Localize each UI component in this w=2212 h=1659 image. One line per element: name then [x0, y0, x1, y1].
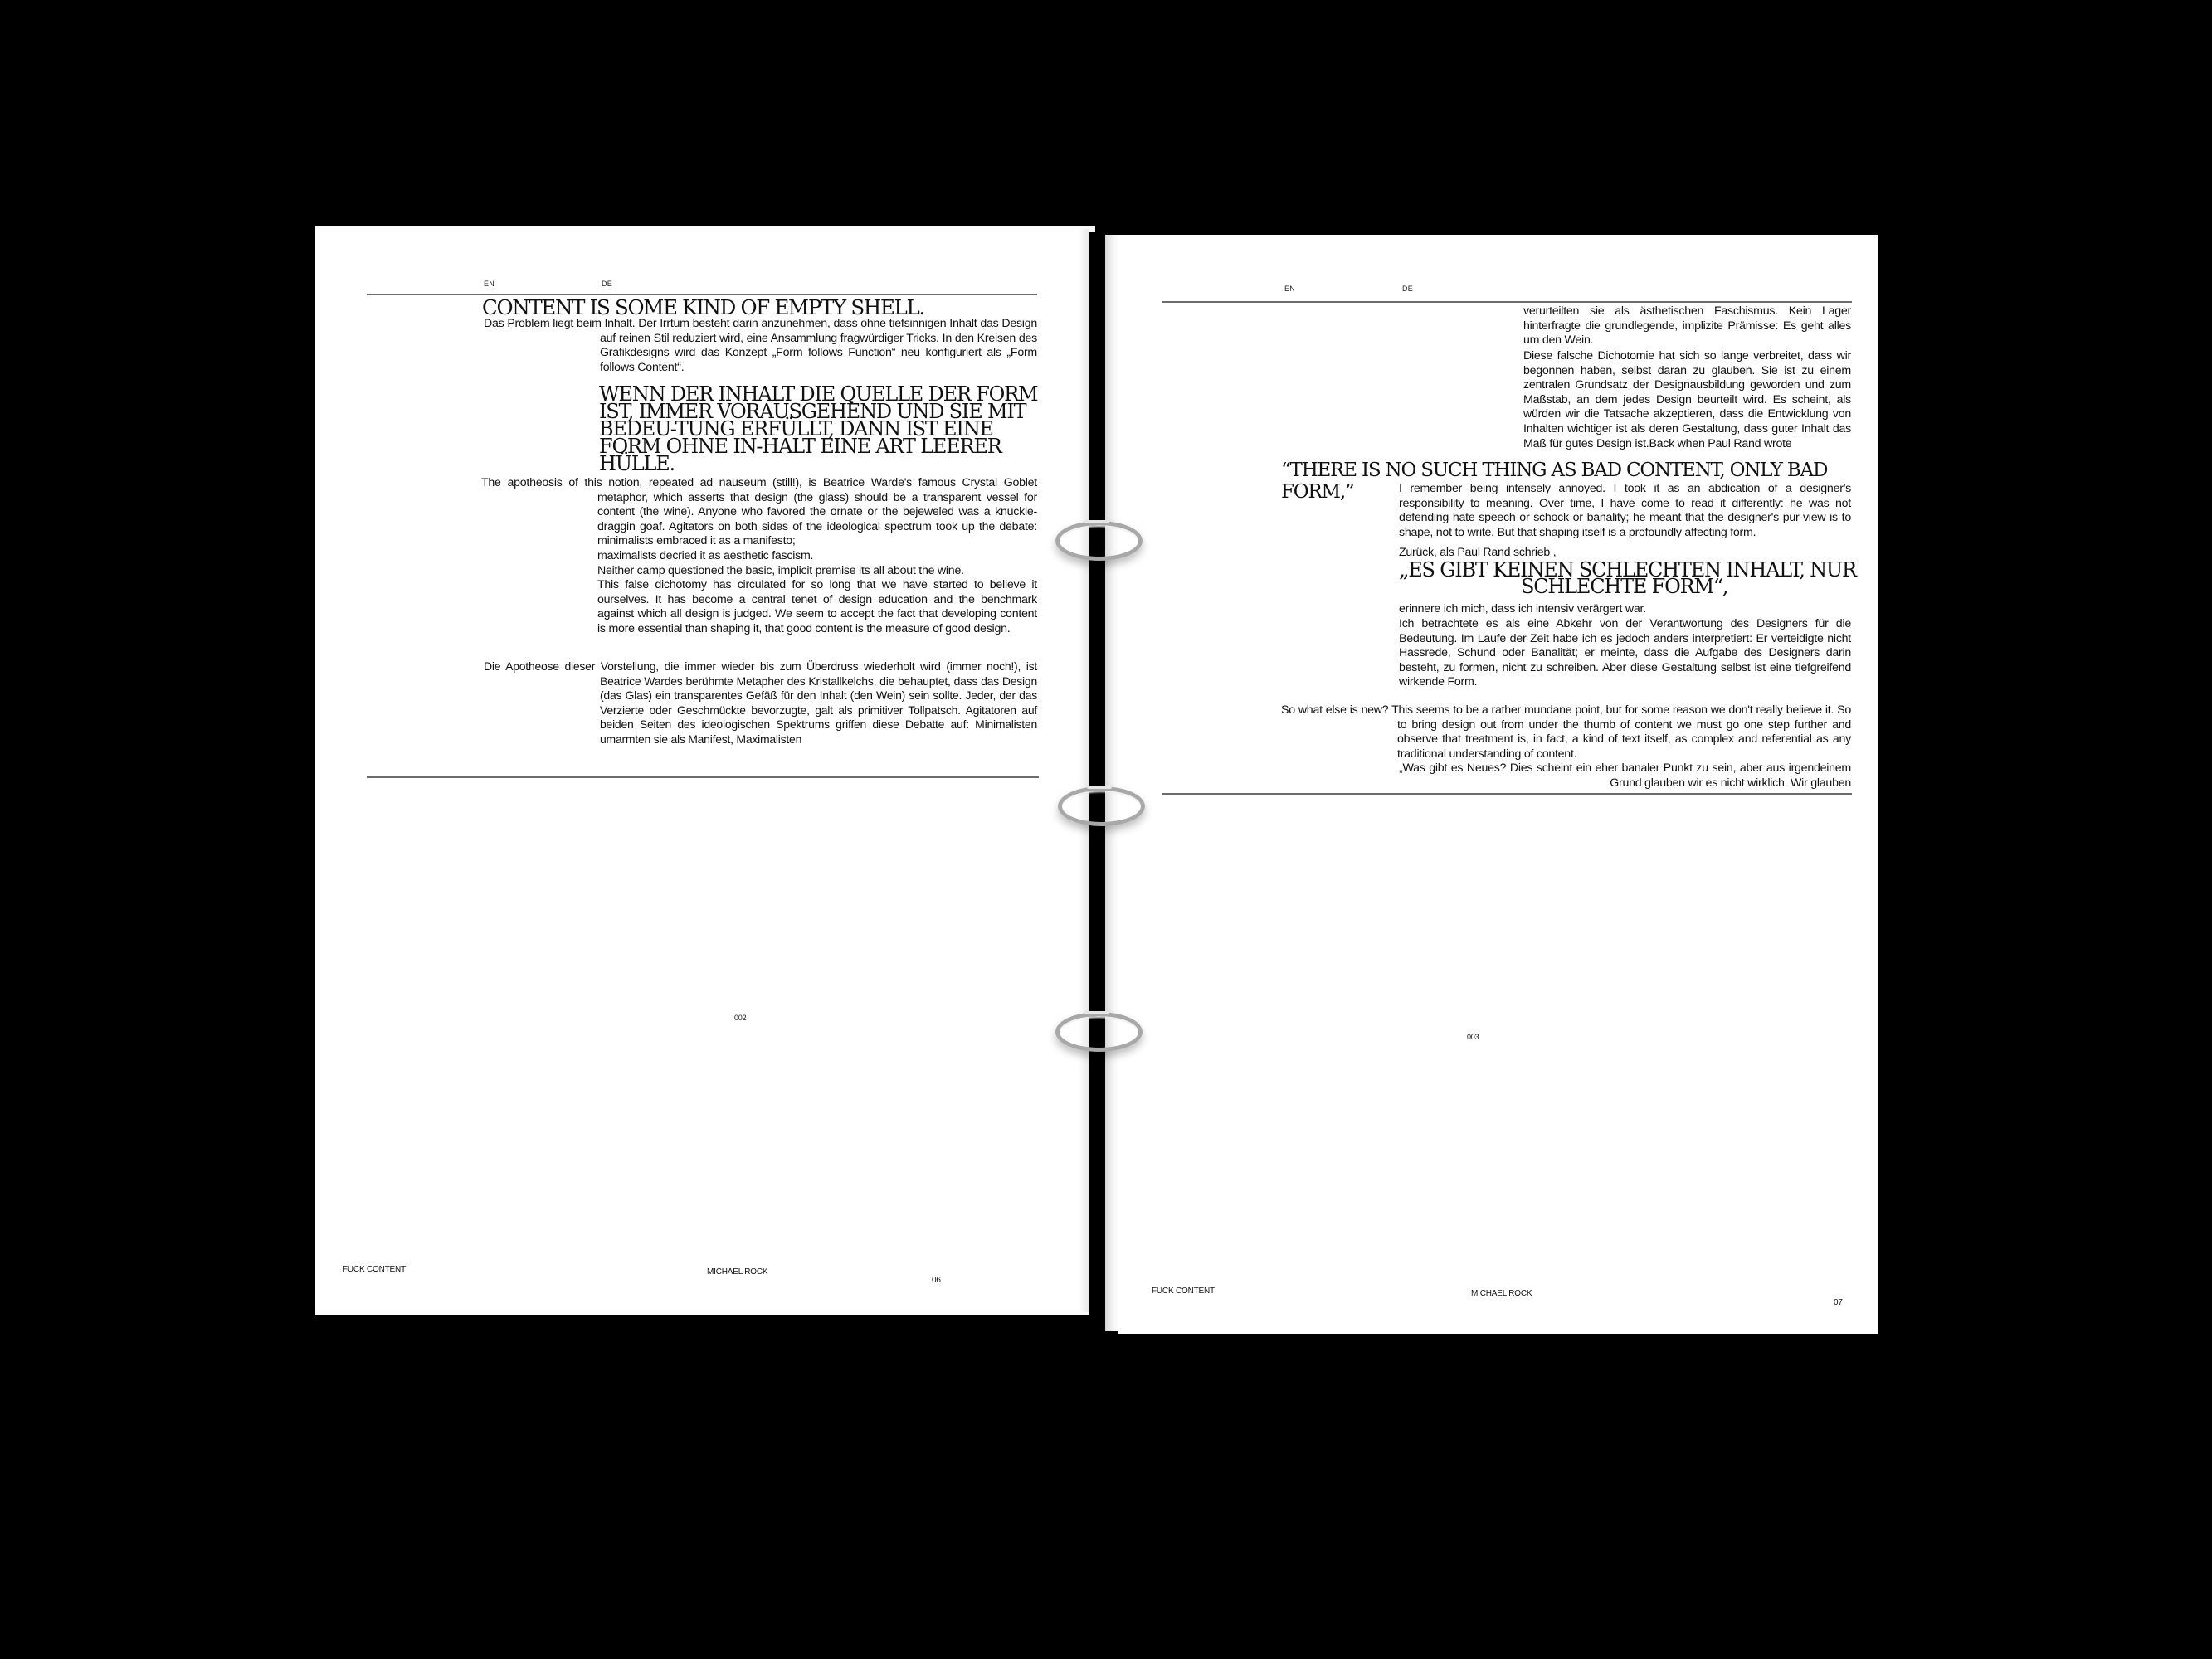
- paragraph-de-5: Ich betrachtete es als eine Abkehr von d…: [1399, 617, 1851, 690]
- body-end-rule: [367, 776, 1039, 778]
- footer-title: FUCK CONTENT: [343, 1265, 406, 1274]
- paragraph-en-1: I remember being intensely annoyed. I to…: [1399, 482, 1851, 540]
- header-rule: [1162, 301, 1852, 303]
- binder-ring-middle: [1058, 786, 1145, 826]
- quote-de-line-2: SCHLECHTE FORM“,: [1521, 575, 1727, 598]
- page-number: 06: [932, 1276, 941, 1285]
- binder-ring-bottom: [1055, 1012, 1143, 1052]
- lang-label-de: DE: [1402, 285, 1413, 293]
- footer-author: MICHAEL ROCK: [1471, 1289, 1532, 1298]
- footer-title: FUCK CONTENT: [1152, 1287, 1215, 1296]
- paragraph-en-2: So what else is new? This seems to be a …: [1281, 703, 1851, 761]
- binder-ring-top: [1055, 521, 1143, 561]
- lang-label-de: DE: [602, 280, 612, 288]
- paragraph-en-4: This false dichotomy has circulated for …: [597, 578, 1037, 636]
- left-page: EN DE CONTENT IS SOME KIND OF EMPTY SHEL…: [315, 226, 1095, 1315]
- headline-en: CONTENT IS SOME KIND OF EMPTY SHELL.: [482, 295, 924, 319]
- headline-de: WENN DER INHALT DIE QUELLE DER FORM IST,…: [599, 386, 1047, 473]
- paragraph-de-2: Diese falsche Dichotomie hat sich so lan…: [1523, 349, 1851, 451]
- paragraph-de-4: erinnere ich mich, dass ich intensiv ver…: [1399, 602, 1851, 617]
- paragraph-de-1: Die Apotheose dieser Vorstellung, die im…: [484, 659, 1037, 747]
- footer-author: MICHAEL ROCK: [707, 1267, 767, 1277]
- paragraph-de-cont: verurteilten sie als ästhetischen Faschi…: [1523, 304, 1851, 348]
- page-stack-edge-left: [1079, 229, 1089, 1312]
- page-stack-edge-right: [1105, 235, 1118, 1331]
- right-page: EN DE verurteilten sie als ästhetischen …: [1118, 235, 1878, 1334]
- intro-de: Das Problem liegt beim Inhalt. Der Irrtu…: [484, 317, 1037, 375]
- folio: 003: [1467, 1033, 1479, 1041]
- paragraph-en-1: The apotheosis of this notion, repeated …: [481, 476, 1037, 549]
- paragraph-en-3: Neither camp questioned the basic, impli…: [597, 564, 1037, 579]
- folio: 002: [734, 1014, 746, 1022]
- paragraph-de-6: „Was gibt es Neues? Dies scheint ein ehe…: [1399, 761, 1851, 791]
- paragraph-en-2: maximalists decried it as aesthetic fasc…: [597, 549, 1037, 564]
- lang-label-en: EN: [1284, 285, 1295, 293]
- binder-spine: [1089, 232, 1105, 1326]
- page-number: 07: [1834, 1298, 1843, 1307]
- body-en-block: The apotheosis of this notion, repeated …: [481, 476, 1037, 637]
- body-end-rule: [1162, 793, 1852, 795]
- lang-label-en: EN: [484, 280, 495, 288]
